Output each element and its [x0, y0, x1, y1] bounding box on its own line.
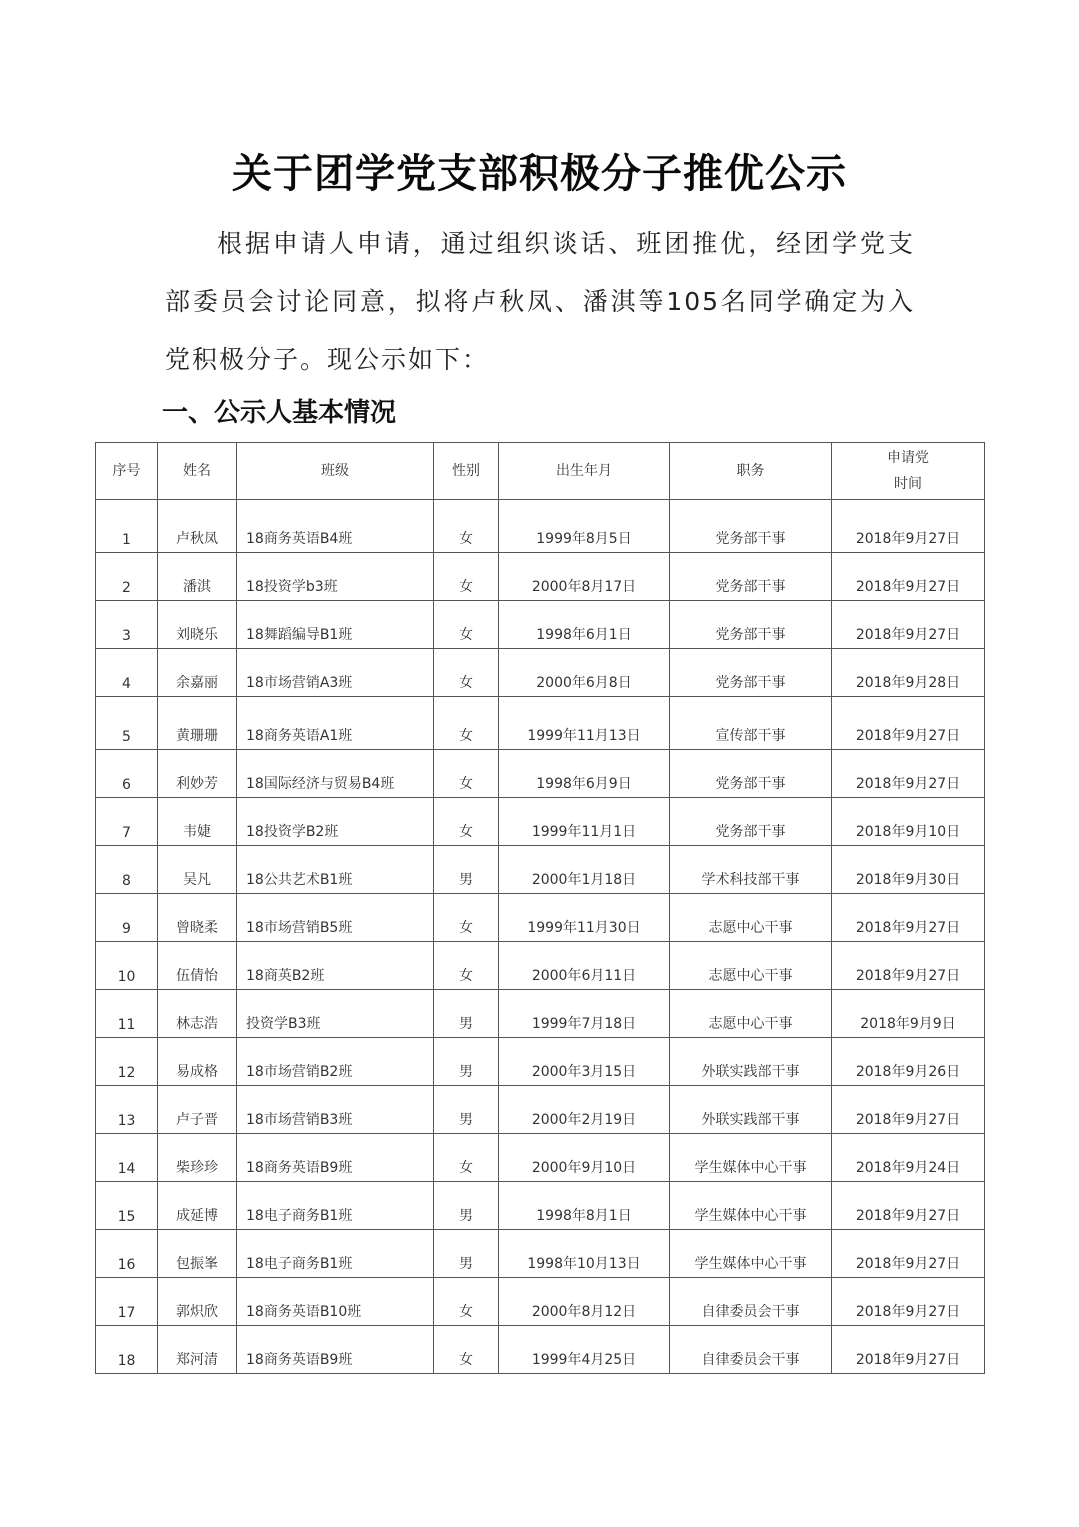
- cell-apply-time: 2018年9月27日: [832, 697, 985, 750]
- cell-class: 18舞蹈编导B1班: [237, 601, 434, 649]
- cell-class: 18投资学b3班: [237, 553, 434, 601]
- cell-birth: 2000年8月17日: [499, 553, 670, 601]
- table-row: 2潘淇18投资学b3班女2000年8月17日党务部干事2018年9月27日: [96, 553, 985, 601]
- cell-index: 3: [96, 601, 158, 649]
- cell-apply-time: 2018年9月27日: [832, 500, 985, 553]
- cell-gender: 女: [434, 942, 499, 990]
- cell-class: 18电子商务B1班: [237, 1182, 434, 1230]
- table-header-row: 序号 姓名 班级 性别 出生年月 职务 申请党 时间: [96, 443, 985, 500]
- cell-position: 党务部干事: [670, 601, 832, 649]
- cell-gender: 女: [434, 894, 499, 942]
- cell-class: 18国际经济与贸易B4班: [237, 750, 434, 798]
- table-row: 6利妙芳18国际经济与贸易B4班女1998年6月9日党务部干事2018年9月27…: [96, 750, 985, 798]
- cell-class: 18商务英语A1班: [237, 697, 434, 750]
- table-row: 5黄珊珊18商务英语A1班女1999年11月13日宣传部干事2018年9月27日: [96, 697, 985, 750]
- cell-apply-time: 2018年9月27日: [832, 894, 985, 942]
- cell-index: 9: [96, 894, 158, 942]
- cell-position: 自律委员会干事: [670, 1326, 832, 1374]
- cell-apply-time: 2018年9月30日: [832, 846, 985, 894]
- cell-index: 2: [96, 553, 158, 601]
- cell-index: 17: [96, 1278, 158, 1326]
- document-title: 关于团学党支部积极分子推优公示: [0, 142, 1079, 199]
- cell-index: 7: [96, 798, 158, 846]
- cell-birth: 1998年6月1日: [499, 601, 670, 649]
- cell-birth: 1999年11月30日: [499, 894, 670, 942]
- table-row: 11林志浩投资学B3班男1999年7月18日志愿中心干事2018年9月9日: [96, 990, 985, 1038]
- table-row: 4余嘉丽18市场营销A3班女2000年6月8日党务部干事2018年9月28日: [96, 649, 985, 697]
- header-apply-line1: 申请党: [832, 445, 984, 471]
- table-row: 9曾晓柔18市场营销B5班女1999年11月30日志愿中心干事2018年9月27…: [96, 894, 985, 942]
- header-birth: 出生年月: [499, 443, 670, 500]
- cell-name: 包振峯: [158, 1230, 237, 1278]
- cell-index: 5: [96, 697, 158, 750]
- cell-index: 16: [96, 1230, 158, 1278]
- cell-gender: 男: [434, 846, 499, 894]
- cell-birth: 2000年2月19日: [499, 1086, 670, 1134]
- cell-apply-time: 2018年9月10日: [832, 798, 985, 846]
- table-row: 8吴凡18公共艺术B1班男2000年1月18日学术科技部干事2018年9月30日: [96, 846, 985, 894]
- cell-birth: 2000年9月10日: [499, 1134, 670, 1182]
- cell-gender: 女: [434, 1278, 499, 1326]
- cell-position: 党务部干事: [670, 750, 832, 798]
- cell-apply-time: 2018年9月26日: [832, 1038, 985, 1086]
- cell-gender: 女: [434, 553, 499, 601]
- cell-class: 18市场营销A3班: [237, 649, 434, 697]
- cell-gender: 女: [434, 601, 499, 649]
- header-class: 班级: [237, 443, 434, 500]
- cell-index: 6: [96, 750, 158, 798]
- header-name: 姓名: [158, 443, 237, 500]
- cell-name: 刘晓乐: [158, 601, 237, 649]
- cell-name: 易成格: [158, 1038, 237, 1086]
- cell-position: 志愿中心干事: [670, 990, 832, 1038]
- cell-apply-time: 2018年9月27日: [832, 1230, 985, 1278]
- cell-index: 11: [96, 990, 158, 1038]
- cell-class: 投资学B3班: [237, 990, 434, 1038]
- cell-name: 曾晓柔: [158, 894, 237, 942]
- cell-birth: 1999年4月25日: [499, 1326, 670, 1374]
- applicant-table: 序号 姓名 班级 性别 出生年月 职务 申请党 时间 1卢秋凤18商务英语B4班…: [95, 442, 985, 1374]
- cell-name: 郭炽欣: [158, 1278, 237, 1326]
- header-index: 序号: [96, 443, 158, 500]
- cell-position: 外联实践部干事: [670, 1086, 832, 1134]
- cell-apply-time: 2018年9月27日: [832, 1182, 985, 1230]
- header-apply-line2: 时间: [832, 471, 984, 497]
- header-apply-time: 申请党 时间: [832, 443, 985, 500]
- cell-gender: 男: [434, 1182, 499, 1230]
- cell-birth: 1999年11月1日: [499, 798, 670, 846]
- cell-class: 18市场营销B3班: [237, 1086, 434, 1134]
- cell-position: 学生媒体中心干事: [670, 1134, 832, 1182]
- cell-apply-time: 2018年9月27日: [832, 1086, 985, 1134]
- cell-apply-time: 2018年9月27日: [832, 1278, 985, 1326]
- cell-position: 学生媒体中心干事: [670, 1230, 832, 1278]
- cell-index: 18: [96, 1326, 158, 1374]
- header-gender: 性别: [434, 443, 499, 500]
- cell-apply-time: 2018年9月24日: [832, 1134, 985, 1182]
- cell-index: 14: [96, 1134, 158, 1182]
- table-row: 3刘晓乐18舞蹈编导B1班女1998年6月1日党务部干事2018年9月27日: [96, 601, 985, 649]
- cell-name: 林志浩: [158, 990, 237, 1038]
- cell-position: 学术科技部干事: [670, 846, 832, 894]
- intro-paragraph: 根据申请人申请，通过组织谈话、班团推优，经团学党支部委员会讨论同意，拟将卢秋凤、…: [165, 215, 915, 389]
- cell-position: 宣传部干事: [670, 697, 832, 750]
- cell-gender: 女: [434, 750, 499, 798]
- cell-index: 4: [96, 649, 158, 697]
- cell-birth: 1999年8月5日: [499, 500, 670, 553]
- cell-position: 志愿中心干事: [670, 942, 832, 990]
- table-row: 16包振峯18电子商务B1班男1998年10月13日学生媒体中心干事2018年9…: [96, 1230, 985, 1278]
- cell-class: 18市场营销B5班: [237, 894, 434, 942]
- cell-apply-time: 2018年9月28日: [832, 649, 985, 697]
- cell-birth: 2000年1月18日: [499, 846, 670, 894]
- cell-class: 18商英B2班: [237, 942, 434, 990]
- cell-name: 黄珊珊: [158, 697, 237, 750]
- cell-class: 18电子商务B1班: [237, 1230, 434, 1278]
- cell-class: 18市场营销B2班: [237, 1038, 434, 1086]
- cell-position: 志愿中心干事: [670, 894, 832, 942]
- cell-apply-time: 2018年9月9日: [832, 990, 985, 1038]
- cell-name: 余嘉丽: [158, 649, 237, 697]
- cell-gender: 女: [434, 1134, 499, 1182]
- cell-index: 12: [96, 1038, 158, 1086]
- cell-birth: 2000年6月8日: [499, 649, 670, 697]
- cell-class: 18商务英语B9班: [237, 1326, 434, 1374]
- cell-position: 党务部干事: [670, 553, 832, 601]
- cell-gender: 女: [434, 798, 499, 846]
- cell-position: 党务部干事: [670, 500, 832, 553]
- cell-index: 15: [96, 1182, 158, 1230]
- cell-name: 成延博: [158, 1182, 237, 1230]
- cell-birth: 1998年8月1日: [499, 1182, 670, 1230]
- table-row: 1卢秋凤18商务英语B4班女1999年8月5日党务部干事2018年9月27日: [96, 500, 985, 553]
- table-row: 12易成格18市场营销B2班男2000年3月15日外联实践部干事2018年9月2…: [96, 1038, 985, 1086]
- cell-name: 吴凡: [158, 846, 237, 894]
- cell-apply-time: 2018年9月27日: [832, 942, 985, 990]
- cell-birth: 2000年3月15日: [499, 1038, 670, 1086]
- cell-name: 卢秋凤: [158, 500, 237, 553]
- table-row: 18郑河清18商务英语B9班女1999年4月25日自律委员会干事2018年9月2…: [96, 1326, 985, 1374]
- cell-gender: 女: [434, 649, 499, 697]
- cell-position: 自律委员会干事: [670, 1278, 832, 1326]
- cell-name: 郑河清: [158, 1326, 237, 1374]
- cell-birth: 2000年6月11日: [499, 942, 670, 990]
- cell-name: 潘淇: [158, 553, 237, 601]
- cell-class: 18商务英语B9班: [237, 1134, 434, 1182]
- cell-class: 18投资学B2班: [237, 798, 434, 846]
- table-row: 10伍倩怡18商英B2班女2000年6月11日志愿中心干事2018年9月27日: [96, 942, 985, 990]
- cell-name: 伍倩怡: [158, 942, 237, 990]
- cell-birth: 2000年8月12日: [499, 1278, 670, 1326]
- table-row: 15成延博18电子商务B1班男1998年8月1日学生媒体中心干事2018年9月2…: [96, 1182, 985, 1230]
- cell-position: 外联实践部干事: [670, 1038, 832, 1086]
- cell-birth: 1999年11月13日: [499, 697, 670, 750]
- cell-class: 18商务英语B10班: [237, 1278, 434, 1326]
- table-row: 17郭炽欣18商务英语B10班女2000年8月12日自律委员会干事2018年9月…: [96, 1278, 985, 1326]
- cell-gender: 男: [434, 1086, 499, 1134]
- cell-gender: 男: [434, 990, 499, 1038]
- header-position: 职务: [670, 443, 832, 500]
- cell-gender: 女: [434, 1326, 499, 1374]
- cell-birth: 1998年10月13日: [499, 1230, 670, 1278]
- cell-name: 利妙芳: [158, 750, 237, 798]
- section-heading: 一、公示人基本情况: [162, 392, 396, 429]
- table-row: 13卢子晋18市场营销B3班男2000年2月19日外联实践部干事2018年9月2…: [96, 1086, 985, 1134]
- cell-index: 8: [96, 846, 158, 894]
- cell-index: 10: [96, 942, 158, 990]
- cell-birth: 1999年7月18日: [499, 990, 670, 1038]
- cell-apply-time: 2018年9月27日: [832, 750, 985, 798]
- cell-class: 18商务英语B4班: [237, 500, 434, 553]
- cell-apply-time: 2018年9月27日: [832, 601, 985, 649]
- cell-birth: 1998年6月9日: [499, 750, 670, 798]
- cell-index: 13: [96, 1086, 158, 1134]
- cell-class: 18公共艺术B1班: [237, 846, 434, 894]
- table-row: 14柴珍珍18商务英语B9班女2000年9月10日学生媒体中心干事2018年9月…: [96, 1134, 985, 1182]
- cell-gender: 男: [434, 1038, 499, 1086]
- table-row: 7韦婕18投资学B2班女1999年11月1日党务部干事2018年9月10日: [96, 798, 985, 846]
- cell-gender: 女: [434, 500, 499, 553]
- cell-gender: 女: [434, 697, 499, 750]
- cell-apply-time: 2018年9月27日: [832, 553, 985, 601]
- cell-name: 柴珍珍: [158, 1134, 237, 1182]
- cell-index: 1: [96, 500, 158, 553]
- cell-name: 韦婕: [158, 798, 237, 846]
- cell-position: 学生媒体中心干事: [670, 1182, 832, 1230]
- cell-apply-time: 2018年9月27日: [832, 1326, 985, 1374]
- cell-gender: 男: [434, 1230, 499, 1278]
- cell-position: 党务部干事: [670, 798, 832, 846]
- cell-name: 卢子晋: [158, 1086, 237, 1134]
- cell-position: 党务部干事: [670, 649, 832, 697]
